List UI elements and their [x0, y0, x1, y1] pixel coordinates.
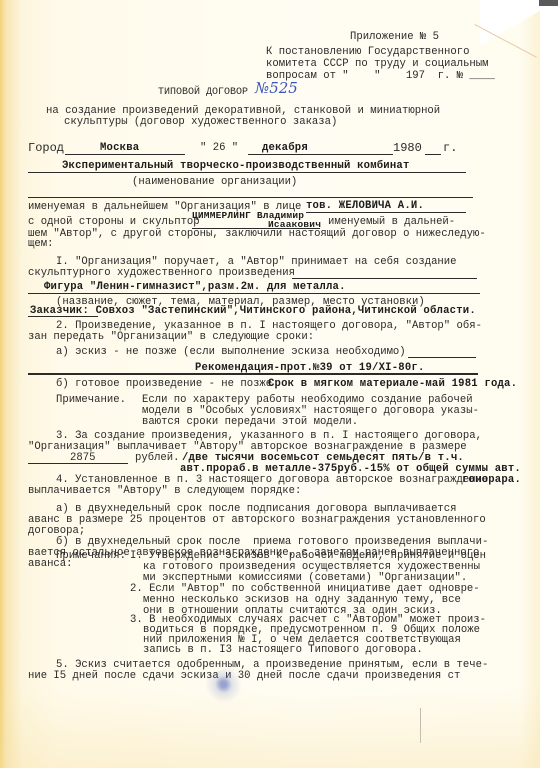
appendix-label: Приложение № 5 — [350, 31, 439, 43]
fee-rubles-label: рублей. — [135, 452, 180, 464]
clause-2a: а) эскиз - не позже (если выполнение эск… — [56, 346, 406, 358]
notes-label: Примечания: — [56, 550, 126, 562]
decree-line-3: вопросам от " " 197 г. № ____ — [266, 70, 495, 82]
representative-name: тов. ЖЕЛОВИЧА А.И. — [306, 200, 424, 212]
pencil-mark — [420, 708, 421, 743]
organization-name: Экспериментальный творческо-производстве… — [62, 160, 410, 172]
decree-line-2: комитета СССР по труду и социальным — [266, 58, 489, 70]
clause-5-line-2: ние I5 дней после сдачи эскиза и 30 дней… — [28, 670, 460, 682]
clause-4a-line-2: аванс в размере 25 процентов от авторско… — [28, 514, 486, 526]
scan-edge-mark — [539, 0, 558, 6]
city-value: Москва — [100, 142, 139, 154]
city-label: Город — [28, 142, 64, 154]
parties-line-2-suffix: именуемый в дальней- — [328, 216, 455, 228]
organization-caption: (наименование организации) — [132, 176, 297, 188]
date-day: " 26 " — [200, 142, 238, 154]
handwritten-number: №525 — [255, 82, 298, 94]
document-title: ТИПОВОЙ ДОГОВОР — [158, 87, 248, 99]
note-3-line-4: запись в п. I3 настоящего Типового догов… — [143, 644, 423, 656]
subtitle-line-2: скульптуры (договор художественного зака… — [64, 116, 337, 128]
note-line-3: ваются сроки передачи этой модели. — [142, 416, 358, 428]
folded-corner — [480, 0, 540, 55]
contract-page: Приложение № 5 К постановлению Государст… — [0, 0, 540, 768]
clause-2b: б) готовое произведение - не позже — [56, 378, 272, 390]
parties-line-2: с одной стороны и скульптор — [28, 216, 200, 228]
clause-1-line-2: скульптурного художественного произведен… — [28, 267, 295, 279]
parties-line-3: шем "Автор", с другой стороны, заключили… — [28, 228, 486, 240]
decree-line-1: К постановлению Государственного — [266, 46, 469, 58]
work-description: Фигура "Ленин-гимназист",разм.2м. для ме… — [44, 281, 346, 293]
date-year: 1980 — [393, 142, 422, 154]
clause-4-line-2: выплачивается "Автору" в следующем поряд… — [28, 485, 301, 497]
date-year-suffix: г. — [443, 142, 457, 154]
clause-2-line-2: зан передать "Организации" в следующие с… — [28, 331, 314, 343]
parties-line-4: щем: — [28, 238, 53, 250]
clause-2b-value: Срок в мягком материале-май 1981 года. — [268, 378, 517, 390]
date-month: декабря — [262, 142, 308, 154]
note-label: Примечание. — [56, 394, 126, 406]
clause-4-typed: гонорара. — [462, 474, 521, 486]
